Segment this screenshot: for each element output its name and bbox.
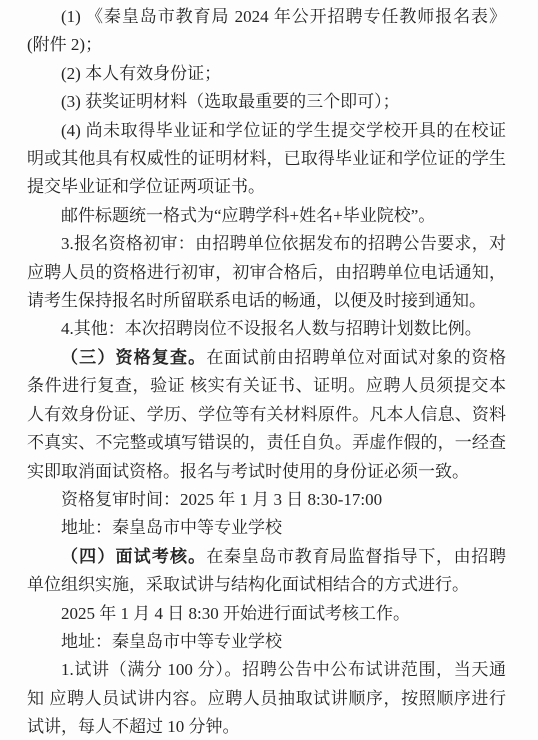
paragraph-text: 1.试讲（满分 100 分）。招聘公告中公布试讲范围，当天通知 应聘人员试讲内容… [27,660,506,736]
paragraph-text: 邮件标题统一格式为“应聘学科+姓名+毕业院校”。 [61,206,435,225]
recheck-address: 地址：秦皇岛市中等专业学校 [27,514,506,542]
paragraph-text: 3.报名资格初审：由招聘单位依据发布的招聘公告要求，对应聘人员的资格进行初审，初… [27,234,506,310]
section-heading-interview-assessment: （四）面试考核。 [61,547,206,566]
item-3-preliminary-qualification-review: 3.报名资格初审：由招聘单位依据发布的招聘公告要求，对应聘人员的资格进行初审，初… [27,230,506,315]
paragraph-text: 地址：秦皇岛市中等专业学校 [61,518,282,537]
paragraph-text: (4) 尚未取得毕业证和学位证的学生提交学校开具的在校证明或其他具有权威性的证明… [27,121,506,197]
paragraph-text: (1) 《秦皇岛市教育局 2024 年公开招聘专任教师报名表》 (附件 2)； [27,7,506,54]
paragraph-text: 4.其他：本次招聘岗位不设报名人数与招聘计划数比例。 [61,319,482,338]
list-item-3-award-certificates: (3) 获奖证明材料（选取最重要的三个即可）； [27,88,506,116]
item-1-trial-lecture: 1.试讲（满分 100 分）。招聘公告中公布试讲范围，当天通知 应聘人员试讲内容… [27,656,506,740]
document-page: (1) 《秦皇岛市教育局 2024 年公开招聘专任教师报名表》 (附件 2)； … [0,0,538,740]
list-item-2-id-card: (2) 本人有效身份证； [27,60,506,88]
paragraph-text: 资格复审时间：2025 年 1 月 3 日 8:30-17:00 [61,490,382,509]
paragraph-text: (3) 获奖证明材料（选取最重要的三个即可）； [61,92,400,111]
interview-address: 地址：秦皇岛市中等专业学校 [27,628,506,656]
section-4-interview-assessment: （四）面试考核。在秦皇岛市教育局监督指导下，由招聘单位组织实施，采取试讲与结构化… [27,543,506,600]
item-4-other: 4.其他：本次招聘岗位不设报名人数与招聘计划数比例。 [27,315,506,343]
section-heading-qualification-recheck: （三）资格复查。 [61,348,206,367]
recheck-time: 资格复审时间：2025 年 1 月 3 日 8:30-17:00 [27,486,506,514]
paragraph-text: (2) 本人有效身份证； [61,64,221,83]
section-3-qualification-recheck: （三）资格复查。在面试前由招聘单位对面试对象的资格条件进行复查，验证 核实有关证… [27,344,506,486]
paragraph-text: 2025 年 1 月 4 日 8:30 开始进行面试考核工作。 [61,604,410,623]
paragraph-text: 在面试前由招聘单位对面试对象的资格条件进行复查，验证 核实有关证书、证明。应聘人… [27,348,506,481]
list-item-1-application-form: (1) 《秦皇岛市教育局 2024 年公开招聘专任教师报名表》 (附件 2)； [27,3,506,60]
interview-start-time: 2025 年 1 月 4 日 8:30 开始进行面试考核工作。 [27,600,506,628]
email-subject-format: 邮件标题统一格式为“应聘学科+姓名+毕业院校”。 [27,202,506,230]
list-item-4-graduation-certificates: (4) 尚未取得毕业证和学位证的学生提交学校开具的在校证明或其他具有权威性的证明… [27,117,506,202]
paragraph-text: 地址：秦皇岛市中等专业学校 [61,632,282,651]
